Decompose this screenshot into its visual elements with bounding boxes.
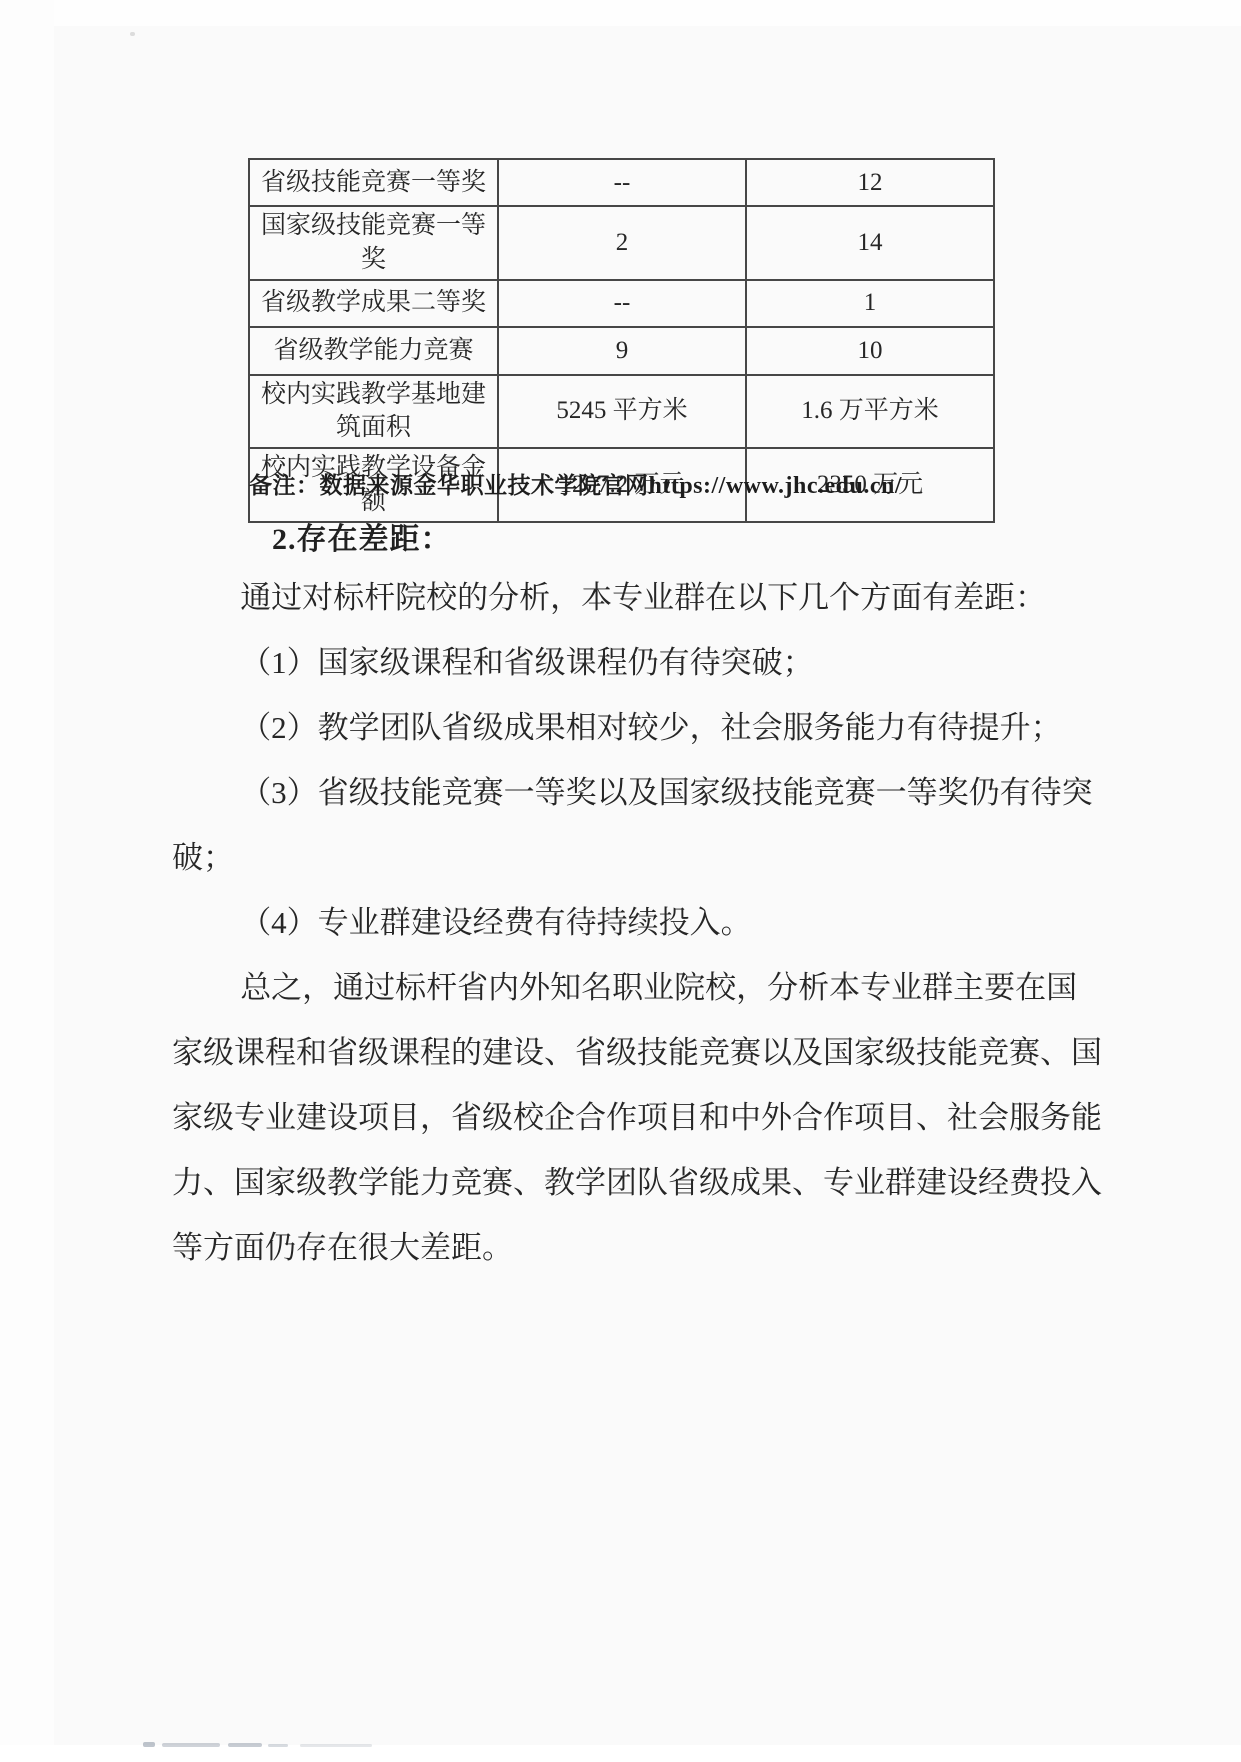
scan-speck — [228, 1743, 262, 1747]
paragraph-line: （3）省级技能竞赛一等奖以及国家级技能竞赛一等奖仍有待突 — [172, 775, 1132, 811]
row-value-a: 9 — [498, 327, 746, 375]
row-label: 校内实践教学基地建筑面积 — [249, 375, 498, 449]
table-note: 备注：数据来源金华职业技术学院官网https://www.jhc.edu.cn/ — [249, 467, 902, 500]
row-value-b: 1.6 万平方米 — [746, 375, 994, 449]
row-value-a: -- — [498, 159, 746, 206]
row-label: 省级教学能力竞赛 — [249, 327, 498, 375]
paragraph-line: 破； — [172, 840, 1132, 876]
section-heading: 2.存在差距： — [272, 514, 452, 558]
table-row: 省级技能竞赛一等奖 -- 12 — [249, 159, 994, 206]
row-value-a: 5245 平方米 — [498, 375, 746, 449]
row-value-a: 2 — [498, 206, 746, 280]
paragraph-line: （1）国家级课程和省级课程仍有待突破； — [172, 645, 1132, 681]
scan-speck — [162, 1743, 220, 1747]
scan-speck — [130, 32, 135, 36]
paragraph-line: 家级专业建设项目，省级校企合作项目和中外合作项目、社会服务能 — [172, 1100, 1132, 1136]
paragraph-line: 家级课程和省级课程的建设、省级技能竞赛以及国家级技能竞赛、国 — [172, 1035, 1132, 1071]
row-value-b: 12 — [746, 159, 994, 206]
row-value-b: 1 — [746, 280, 994, 327]
row-label: 国家级技能竞赛一等奖 — [249, 206, 498, 280]
note-text: 数据来源金华职业技术学院官网 — [320, 472, 649, 498]
row-value-b: 14 — [746, 206, 994, 280]
scan-speck — [143, 1742, 155, 1747]
scan-edge-bottom — [0, 1745, 1241, 1762]
table-row: 省级教学能力竞赛 9 10 — [249, 327, 994, 375]
scan-speck — [268, 1744, 288, 1747]
scan-edge-left — [0, 0, 54, 1745]
paragraph-line: 力、国家级教学能力竞赛、教学团队省级成果、专业群建设经费投入 — [172, 1165, 1132, 1201]
paragraph-line: （2）教学团队省级成果相对较少，社会服务能力有待提升； — [172, 710, 1132, 746]
note-url: https://www.jhc.edu.cn/ — [649, 473, 903, 499]
row-label: 省级教学成果二等奖 — [249, 280, 498, 327]
table-row: 国家级技能竞赛一等奖 2 14 — [249, 206, 994, 280]
note-label: 备注： — [249, 472, 320, 498]
paragraph-line: 通过对标杆院校的分析，本专业群在以下几个方面有差距： — [172, 580, 1132, 616]
row-value-b: 10 — [746, 327, 994, 375]
scan-speck — [300, 1744, 372, 1747]
paragraph-line: 总之，通过标杆省内外知名职业院校，分析本专业群主要在国 — [172, 970, 1132, 1006]
row-value-a: -- — [498, 280, 746, 327]
paragraph-line: （4）专业群建设经费有待持续投入。 — [172, 905, 1132, 941]
paragraph-line: 等方面仍存在很大差距。 — [172, 1230, 1132, 1266]
row-label: 省级技能竞赛一等奖 — [249, 159, 498, 206]
document-page: 省级技能竞赛一等奖 -- 12 国家级技能竞赛一等奖 2 14 省级教学成果二等… — [0, 0, 1241, 1762]
table-row: 省级教学成果二等奖 -- 1 — [249, 280, 994, 327]
scan-edge-top — [0, 0, 1241, 26]
table-row: 校内实践教学基地建筑面积 5245 平方米 1.6 万平方米 — [249, 375, 994, 449]
